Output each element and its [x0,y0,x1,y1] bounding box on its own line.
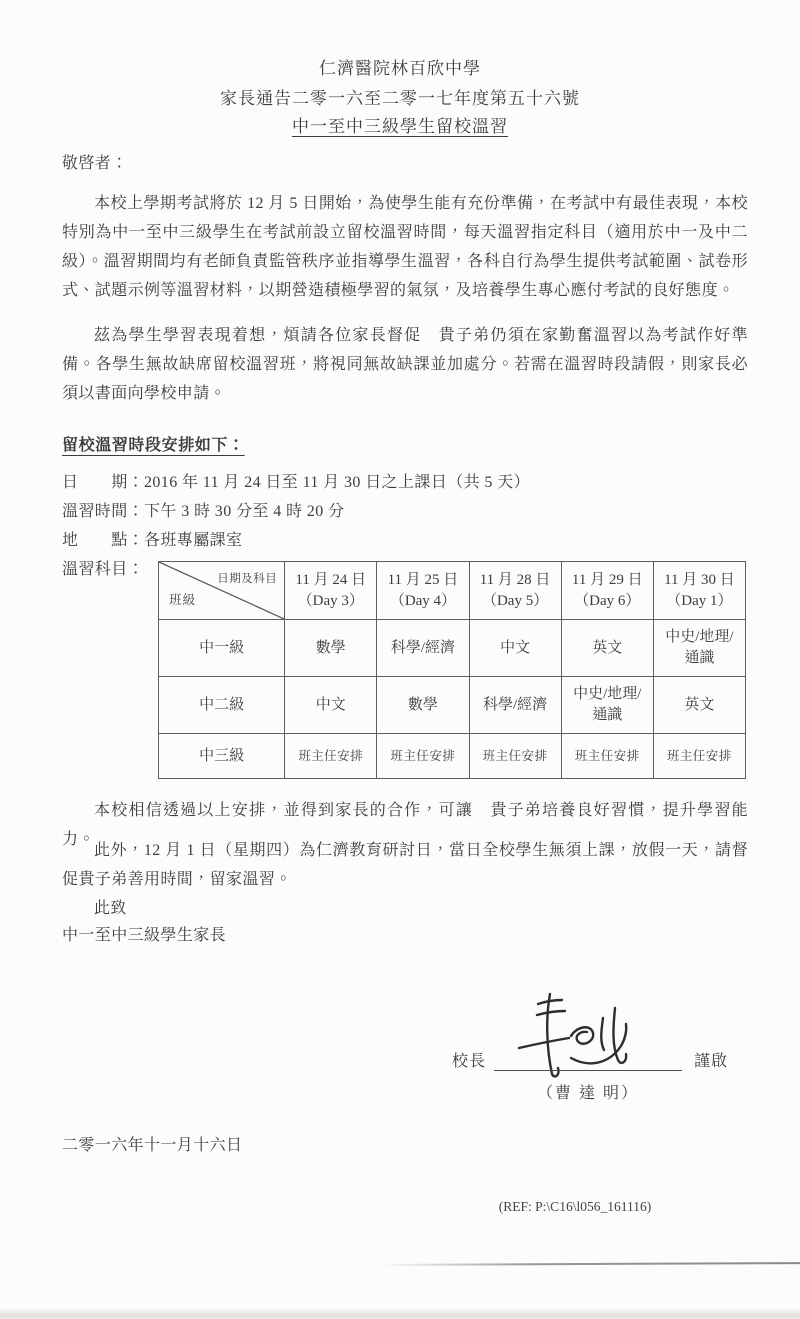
subject-cell: 科學/經濟 [377,620,469,677]
class-cell: 中一級 [159,620,285,677]
table-corner-cell: 日期及科目 班級 [159,562,285,620]
signature-line [494,1046,682,1071]
principal-name: （曹 達 明） [494,1080,682,1103]
day-text: （Day 5） [474,591,557,612]
notice-title: 家長通告二零一六至二零一七年度第五十六號 [0,84,800,109]
class-cell: 中二級 [159,677,285,734]
subject-cell: 中文 [285,677,377,734]
subject-cell: 英文 [653,677,745,734]
salutation: 敬啓者： [62,150,128,173]
corner-label-dates: 日期及科目 [217,569,277,590]
subject-cell: 中史/地理/通識 [561,677,653,734]
column-header-date: 11 月 25 日 （Day 4） [377,562,469,620]
subject-cell: 中文 [469,620,561,677]
subject-cell: 班主任安排 [377,734,469,779]
issue-date: 二零一六年十一月十六日 [62,1132,242,1155]
paragraph-1: 本校上學期考試將於 12 月 5 日開始，為使學生能有充份準備，在考試中有最佳表… [62,189,748,305]
principal-role-label: 校長 [452,1048,486,1071]
date-text: 11 月 30 日 [658,570,741,591]
date-text: 11 月 28 日 [474,570,557,591]
revision-timetable: 日期及科目 班級 11 月 24 日 （Day 3） 11 月 25 日 （Da… [158,561,746,779]
table-row-form2: 中二級 中文 數學 科學/經濟 中史/地理/通識 英文 [159,677,746,734]
table-row-form3: 中三級 班主任安排 班主任安排 班主任安排 班主任安排 班主任安排 [159,734,746,779]
scanned-notice-page: 仁濟醫院林百欣中學 家長通告二零一六至二零一七年度第五十六號 中一至中三級學生留… [0,0,800,1319]
date-text: 11 月 24 日 [289,570,372,591]
column-header-date: 11 月 30 日 （Day 1） [653,562,745,620]
schedule-date-line: 日 期：2016 年 11 月 24 日至 11 月 30 日之上課日（共 5 … [62,469,530,492]
column-header-date: 11 月 29 日 （Day 6） [561,562,653,620]
date-text: 11 月 25 日 [381,570,464,591]
scan-artifact-bottom-edge [0,1308,800,1319]
closing-recipient: 中一至中三級學生家長 [62,922,226,945]
column-header-date: 11 月 28 日 （Day 5） [469,562,561,620]
schedule-venue-line: 地 點：各班專屬課室 [62,527,242,550]
schedule-subjects-label: 溫習科目： [62,556,144,579]
school-name: 仁濟醫院林百欣中學 [0,54,800,79]
class-cell: 中三級 [159,734,285,779]
subject-cell: 科學/經濟 [469,677,561,734]
date-text: 11 月 29 日 [566,570,649,591]
scan-artifact-line [382,1262,800,1266]
subject-cell: 中史/地理/通識 [653,620,745,677]
subject-cell: 班主任安排 [285,734,377,779]
column-header-date: 11 月 24 日 （Day 3） [285,562,377,620]
day-text: （Day 3） [289,591,372,612]
subject-cell: 數學 [377,677,469,734]
reference-number: (REF: P:\C16\l056_161116) [430,1199,720,1215]
schedule-time-line: 溫習時間：下午 3 時 30 分至 4 時 20 分 [62,498,344,521]
signature-suffix: 謹啟 [694,1048,728,1071]
corner-label-class: 班級 [169,590,196,611]
day-text: （Day 1） [658,591,741,612]
paragraph-4: 此外，12 月 1 日（星期四）為仁濟教育研討日，當日全校學生無須上課，放假一天… [62,836,748,894]
letter-subject: 中一至中三級學生留校溫習 [0,112,800,137]
day-text: （Day 6） [566,591,649,612]
subject-cell: 英文 [561,620,653,677]
subject-cell: 班主任安排 [469,734,561,779]
subject-cell: 班主任安排 [653,734,745,779]
day-text: （Day 4） [381,591,464,612]
table-row-form1: 中一級 數學 科學/經濟 中文 英文 中史/地理/通識 [159,620,746,677]
schedule-heading: 留校溫習時段安排如下： [62,432,245,455]
table-header-row: 日期及科目 班級 11 月 24 日 （Day 3） 11 月 25 日 （Da… [159,562,746,620]
closing-this-to: 此致 [94,895,127,918]
subject-cell: 數學 [285,620,377,677]
paragraph-2: 茲為學生學習表現着想，煩請各位家長督促 貴子弟仍須在家勤奮溫習以為考試作好準備。… [62,321,748,408]
subject-cell: 班主任安排 [561,734,653,779]
